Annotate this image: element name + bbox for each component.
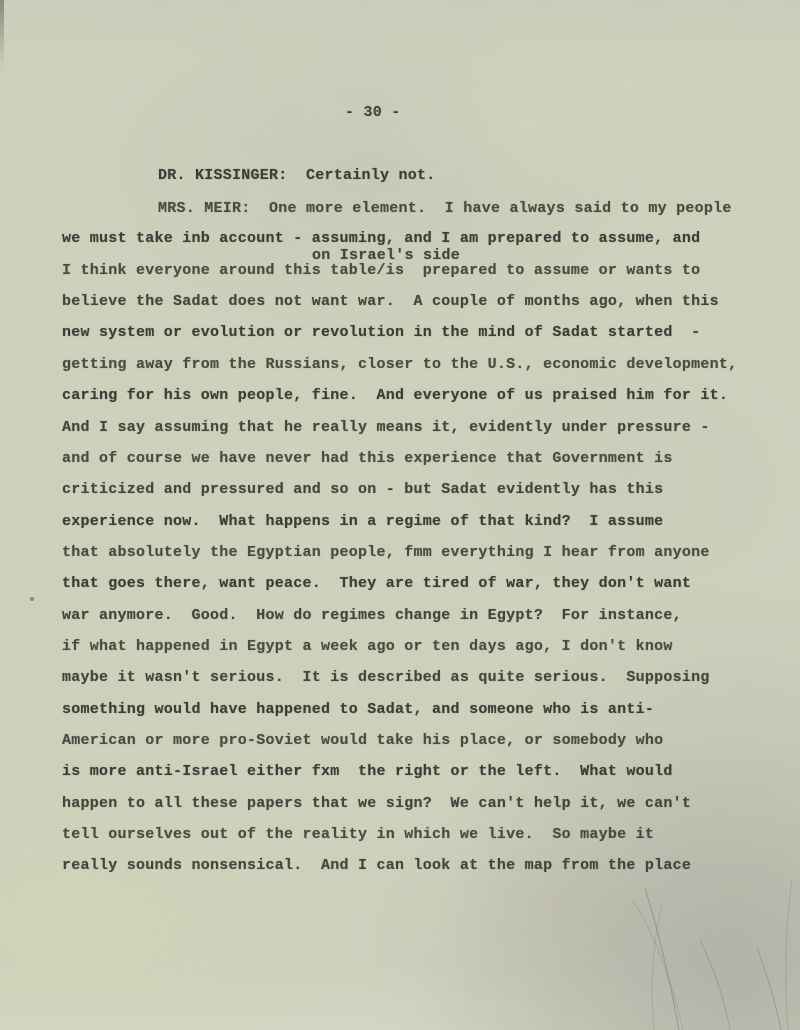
text-line: And I say assuming that he really means … [62, 419, 710, 436]
text-line: really sounds nonsensical. And I can loo… [62, 857, 691, 874]
text-line: new system or evolution or revolution in… [62, 324, 700, 341]
text-line: war anymore. Good. How do regimes change… [62, 607, 682, 624]
text-line: is more anti-Israel either fxm the right… [62, 763, 673, 780]
text-line: maybe it wasn't serious. It is described… [62, 669, 710, 686]
text-line: and of course we have never had this exp… [62, 450, 673, 467]
text-line: MRS. MEIR: One more element. I have alwa… [158, 200, 732, 217]
text-line: believe the Sadat does not want war. A c… [62, 293, 719, 310]
text-layer: - 30 -DR. KISSINGER: Certainly not.MRS. … [0, 0, 800, 1030]
text-line: getting away from the Russians, closer t… [62, 356, 737, 373]
text-line: we must take inb account - assuming, and… [62, 230, 700, 247]
document-page: - 30 -DR. KISSINGER: Certainly not.MRS. … [0, 0, 800, 1030]
text-line: tell ourselves out of the reality in whi… [62, 826, 654, 843]
text-line: if what happened in Egypt a week ago or … [62, 638, 673, 655]
text-line: that absolutely the Egyptian people, fmm… [62, 544, 710, 561]
text-line: criticized and pressured and so on - but… [62, 481, 663, 498]
text-line: something would have happened to Sadat, … [62, 701, 654, 718]
text-line: I think everyone around this table/is pr… [62, 262, 700, 279]
text-line: experience now. What happens in a regime… [62, 513, 663, 530]
text-line: DR. KISSINGER: Certainly not. [158, 167, 436, 184]
text-line: caring for his own people, fine. And eve… [62, 387, 728, 404]
text-line: American or more pro-Soviet would take h… [62, 732, 663, 749]
text-line: happen to all these papers that we sign?… [62, 795, 691, 812]
text-line: that goes there, want peace. They are ti… [62, 575, 691, 592]
page-number: - 30 - [345, 104, 401, 121]
